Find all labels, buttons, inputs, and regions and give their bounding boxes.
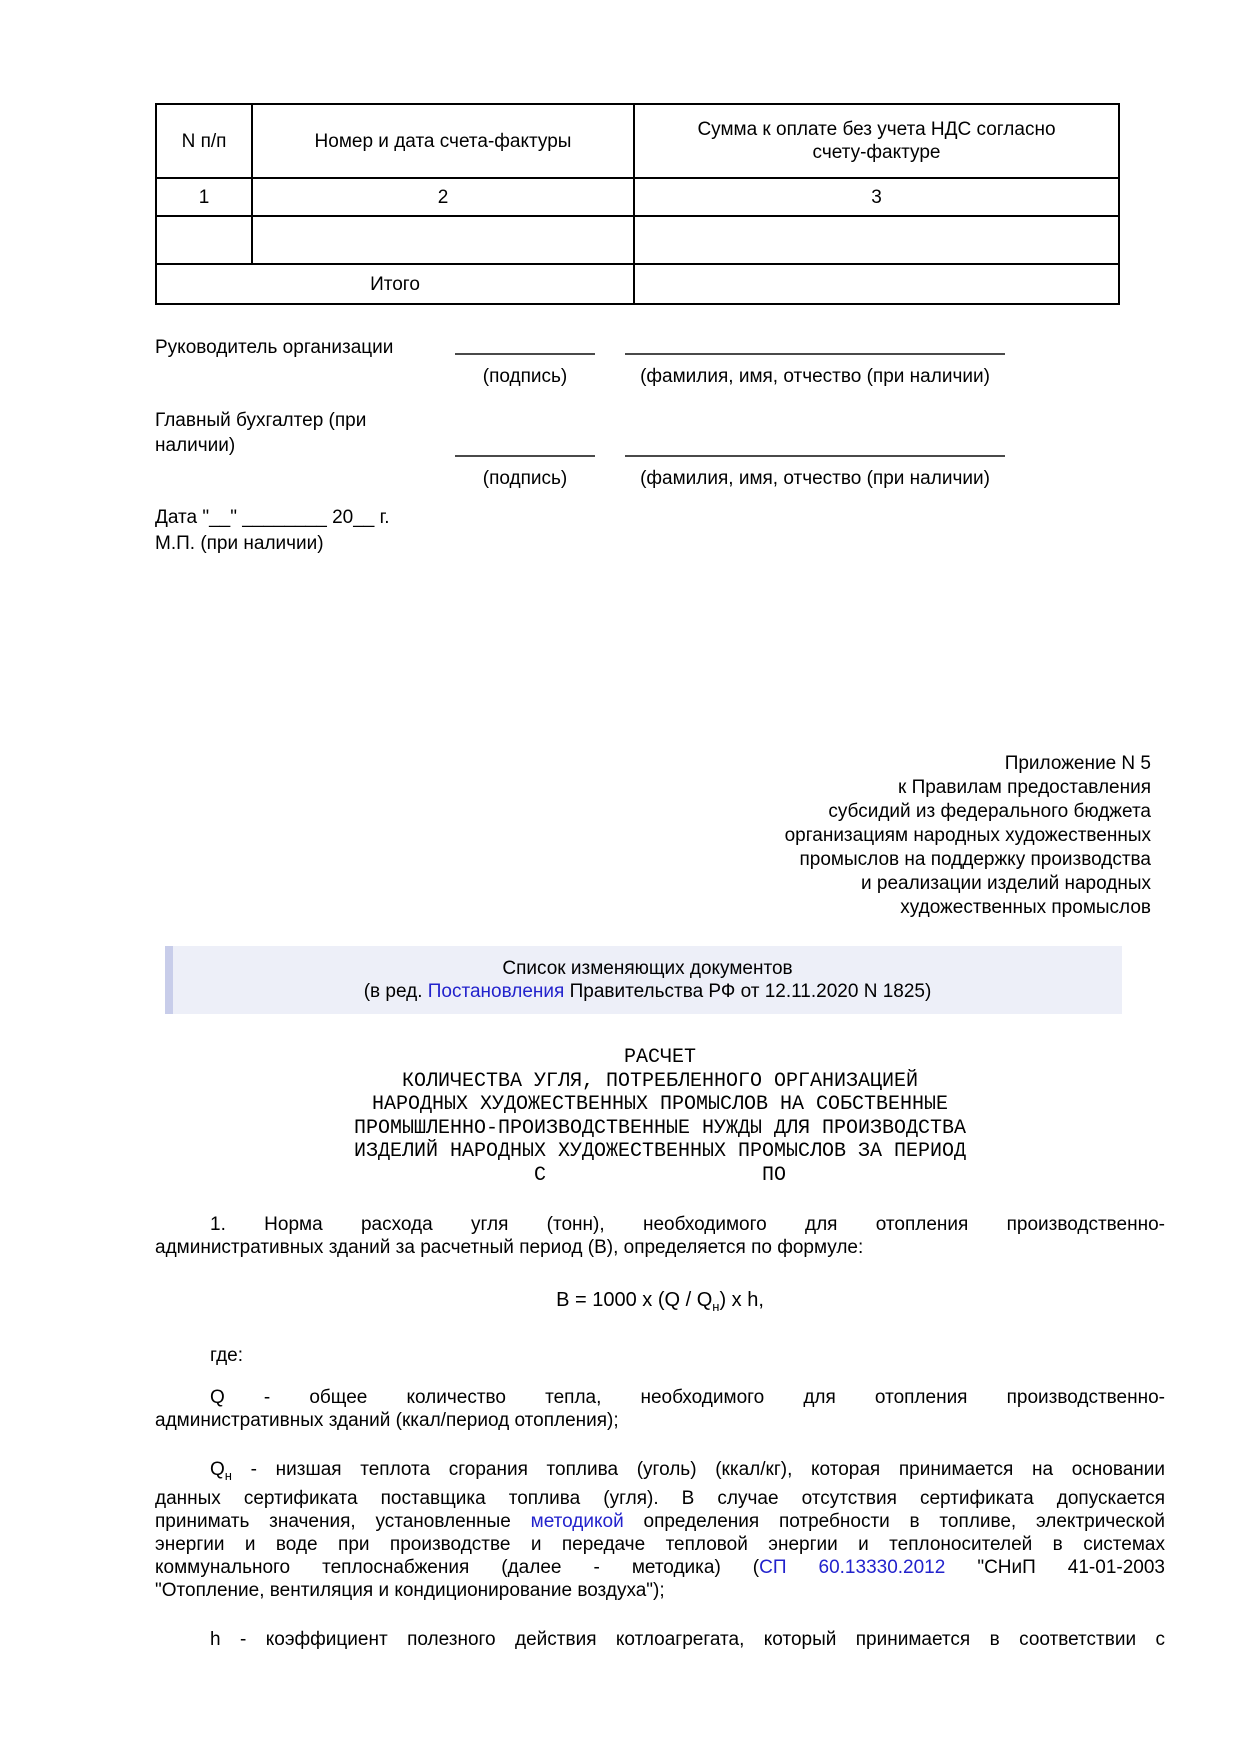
table-cell-empty [156,216,252,264]
appendix-line: и реализации изделий народных [155,872,1151,896]
appendix-line: Приложение N 5 [155,752,1151,776]
amendments-edition-prefix: (в ред. [364,981,428,1002]
qn-line-text: "СНиП 41-01-2003 [945,1557,1165,1578]
table-header-row: N п/п Номер и дата счета-фактуры Сумма к… [156,104,1119,178]
paragraph-line: где: [155,1344,1165,1367]
qn-line-text: определения потребности в топливе, элект… [624,1511,1165,1532]
date-line: Дата "__" ________ 20__ г. [155,506,1165,529]
paragraph-line: h - коэффициент полезного действия котло… [155,1628,1165,1651]
paragraph-line: коммунального теплоснабжения (далее - ме… [155,1556,1165,1579]
table-cell-colnum-1: 1 [156,178,252,216]
amendment-decree-link[interactable]: Постановления [428,981,565,1002]
accountant-signature-line [455,455,595,457]
table-header-sum: Сумма к оплате без учета НДС согласно сч… [634,104,1119,178]
table-header-invoice: Номер и дата счета-фактуры [252,104,634,178]
table-total-label: Итого [156,264,634,304]
table-cell-colnum-2: 2 [252,178,634,216]
paragraph-line: Qн - низшая теплота сгорания топлива (уг… [155,1458,1165,1487]
paragraph-norm: 1. Норма расхода угля (тонн), необходимо… [155,1213,1165,1259]
table-column-number-row: 1 2 3 [156,178,1119,216]
amendments-edition: (в ред. Постановления Правительства РФ о… [173,980,1122,1003]
calculation-title: РАСЧЕТ КОЛИЧЕСТВА УГЛЯ, ПОТРЕБЛЕННОГО ОР… [155,1046,1165,1187]
director-fullname-line [625,353,1005,355]
appendix-line: к Правилам предоставления [155,776,1151,800]
fullname-caption: (фамилия, имя, отчество (при наличии) [625,365,1005,388]
document-page: N п/п Номер и дата счета-фактуры Сумма к… [0,0,1240,1754]
appendix-line: промыслов на поддержку производства [155,848,1151,872]
table-total-value [634,264,1119,304]
stamp-line: М.П. (при наличии) [155,532,1165,555]
director-fullname-column: (фамилия, имя, отчество (при наличии) [625,335,1005,388]
director-signature-column: (подпись) [455,335,595,388]
formula: B = 1000 x (Q / Qн) x h, [155,1289,1165,1318]
calculation-title-line: КОЛИЧЕСТВА УГЛЯ, ПОТРЕБЛЕННОГО ОРГАНИЗАЦ… [155,1070,1165,1094]
signature-caption: (подпись) [455,467,595,490]
qn-line-text: принимать значения, установленные [155,1511,531,1532]
sp-document-link[interactable]: СП 60.13330.2012 [759,1557,945,1578]
qn-subscript-n: н [225,1468,232,1483]
paragraph-h: h - коэффициент полезного действия котло… [155,1628,1165,1651]
calculation-title-line: НАРОДНЫХ ХУДОЖЕСТВЕННЫХ ПРОМЫСЛОВ НА СОБ… [155,1093,1165,1117]
calculation-period-line: С ПО [155,1164,1165,1188]
table-header-npp: N п/п [156,104,252,178]
paragraph-line: принимать значения, установленные методи… [155,1510,1165,1533]
paragraph-line: энергии и воде при производстве и переда… [155,1533,1165,1556]
accountant-signature-column: (подпись) [455,408,595,490]
signature-caption: (подпись) [455,365,595,388]
table-cell-colnum-3: 3 [634,178,1119,216]
document-content: N п/п Номер и дата счета-фактуры Сумма к… [155,103,1165,1651]
formula-right: ) x h, [719,1289,763,1311]
table-cell-empty [634,216,1119,264]
director-signature-row: Руководитель организации (подпись) (фами… [155,335,1165,388]
calculation-title-line: ИЗДЕЛИЙ НАРОДНЫХ ХУДОЖЕСТВЕННЫХ ПРОМЫСЛО… [155,1140,1165,1164]
paragraph-line: данных сертификата поставщика топлива (у… [155,1487,1165,1510]
accountant-label: Главный бухгалтер (при наличии) [155,408,455,458]
paragraph-line: Q - общее количество тепла, необходимого… [155,1386,1165,1409]
qn-line-text: - низшая теплота сгорания топлива (уголь… [232,1459,1165,1480]
calculation-title-line: РАСЧЕТ [155,1046,1165,1070]
director-label: Руководитель организации [155,335,455,360]
qn-line-text: коммунального теплоснабжения (далее - ме… [155,1557,759,1578]
paragraph-line: административных зданий (ккал/период ото… [155,1409,1165,1432]
accountant-signature-row: Главный бухгалтер (при наличии) (подпись… [155,408,1165,490]
methodology-link[interactable]: методикой [531,1511,624,1532]
accountant-fullname-column: (фамилия, имя, отчество (при наличии) [625,408,1005,490]
appendix-line: художественных промыслов [155,896,1151,920]
calculation-title-line: ПРОМЫШЛЕННО-ПРОИЗВОДСТВЕННЫЕ НУЖДЫ ДЛЯ П… [155,1117,1165,1141]
invoice-table: N п/п Номер и дата счета-фактуры Сумма к… [155,103,1120,305]
table-total-row: Итого [156,264,1119,304]
paragraph-line: "Отопление, вентиляция и кондиционирован… [155,1579,1165,1602]
amendments-edition-suffix: Правительства РФ от 12.11.2020 N 1825) [564,981,931,1002]
paragraph-line: 1. Норма расхода угля (тонн), необходимо… [155,1213,1165,1236]
appendix-heading: Приложение N 5 к Правилам предоставления… [155,752,1165,920]
paragraph-line: административных зданий за расчетный пер… [155,1236,1165,1259]
amendments-box: Список изменяющих документов (в ред. Пос… [165,946,1122,1014]
amendments-title: Список изменяющих документов [173,957,1122,980]
table-empty-row [156,216,1119,264]
fullname-caption: (фамилия, имя, отчество (при наличии) [625,467,1005,490]
director-signature-line [455,353,595,355]
table-cell-empty [252,216,634,264]
appendix-line: субсидий из федерального бюджета [155,800,1151,824]
paragraph-q: Q - общее количество тепла, необходимого… [155,1386,1165,1432]
appendix-line: организациям народных художественных [155,824,1151,848]
paragraph-qn: Qн - низшая теплота сгорания топлива (уг… [155,1458,1165,1602]
qn-symbol: Q [210,1459,225,1480]
accountant-fullname-line [625,455,1005,457]
paragraph-gde: где: [155,1344,1165,1367]
formula-left: B = 1000 x (Q / Q [556,1289,712,1311]
